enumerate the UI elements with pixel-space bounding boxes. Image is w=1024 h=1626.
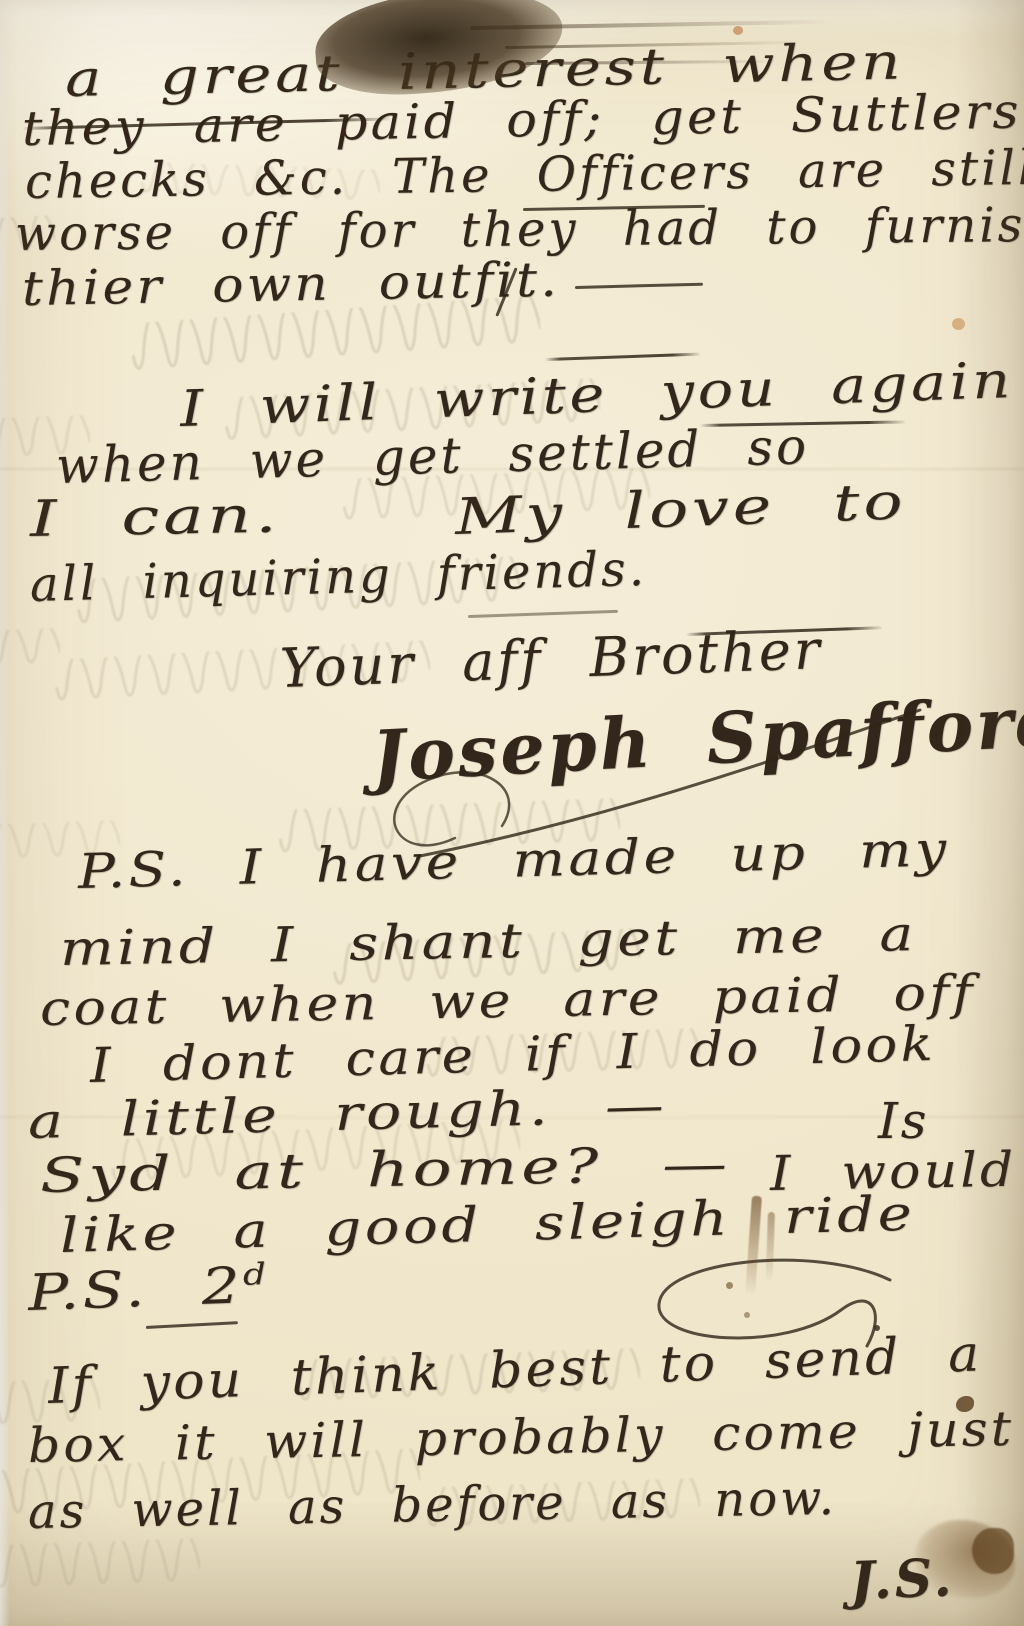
ps2-underline: [146, 1321, 238, 1329]
stain: [952, 318, 965, 330]
stain: [744, 1312, 750, 1318]
loop-flourish: [645, 1252, 910, 1370]
line3-underlined-word: Officers: [536, 144, 754, 203]
paragraph-dash: [575, 283, 703, 289]
letter-line-21: box it will probably come just: [28, 1401, 1015, 1474]
line3-pre: checks &c. The: [25, 147, 538, 210]
line3-post: are still: [753, 140, 1024, 200]
ps2-prefix: P.S. 2: [27, 1257, 244, 1322]
letter-line-19: P.S. 2d: [27, 1256, 267, 1322]
letter-line-16b: Is: [878, 1092, 929, 1150]
stain: [726, 1282, 733, 1289]
letter-line-8a: I can.: [29, 486, 280, 548]
ps2-superscript: d: [242, 1257, 266, 1293]
flourish-stroke: [545, 353, 700, 361]
signature-flourish: [360, 688, 980, 863]
letter-line-5: thier own outfit.: [22, 252, 561, 317]
bleed-through-squiggle: [0, 1538, 201, 1605]
friends-underline: [468, 610, 618, 618]
stain: [733, 26, 743, 35]
letter-line-9: all inquiring friends.: [29, 541, 647, 613]
letter-line-13: mind I shant get me a: [60, 906, 918, 977]
letter-page: a great interest when they are paid off;…: [0, 0, 1024, 1626]
ink-smudge-core: [972, 1528, 1014, 1574]
